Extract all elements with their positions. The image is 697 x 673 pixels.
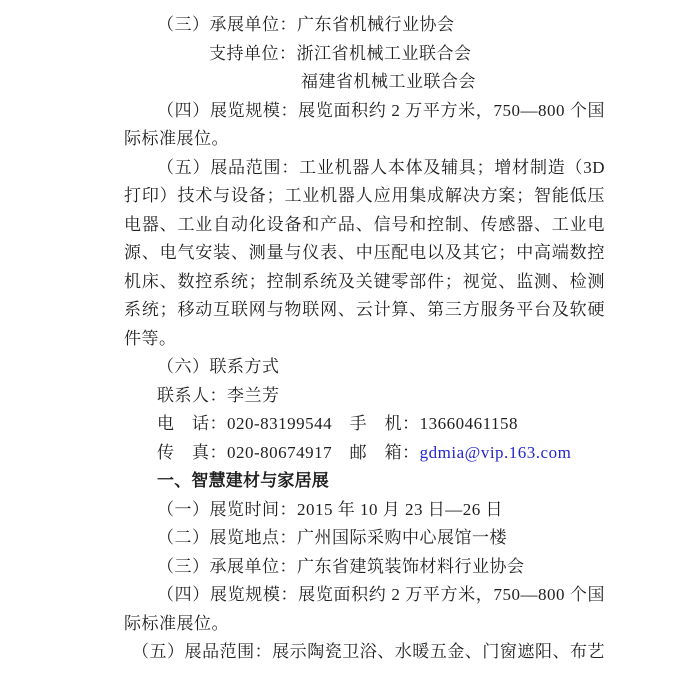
document-line: 支持单位：浙江省机械工业联合会: [124, 40, 605, 69]
document-line: 电 话：020-83199544 手 机：13660461158: [124, 410, 605, 439]
line-text: （六）联系方式: [157, 357, 280, 376]
document-line: （三）承展单位：广东省建筑装饰材料行业协会: [124, 553, 605, 582]
section-heading: 一、智慧建材与家居展: [124, 467, 605, 496]
document-line: （三）承展单位：广东省机械行业协会: [124, 11, 605, 40]
document-line: 系统；移动互联网与物联网、云计算、第三方服务平台及软硬: [124, 296, 605, 325]
line-text: （四）展览规模：展览面积约 2 万平方米，750—800 个国: [157, 585, 605, 604]
document-line: （四）展览规模：展览面积约 2 万平方米，750—800 个国: [124, 581, 605, 610]
line-text: （五）展品范围：工业机器人本体及辅具；增材制造（3D: [157, 158, 605, 177]
document-line: （二）展览地点：广州国际采购中心展馆一楼: [124, 524, 605, 553]
line-text: 际标准展位。: [124, 129, 229, 148]
line-text: 机床、数控系统；控制系统及关键零部件；视觉、监测、检测: [124, 272, 605, 291]
line-text: （三）承展单位：广东省建筑装饰材料行业协会: [157, 557, 525, 576]
line-text: 件等。: [124, 329, 177, 348]
document-line: 际标准展位。: [124, 125, 605, 154]
line-text: 电 话：020-83199544 手 机：13660461158: [157, 414, 518, 433]
document-line: （一）展览时间：2015 年 10 月 23 日—26 日: [124, 496, 605, 525]
line-text: （四）展览规模：展览面积约 2 万平方米，750—800 个国: [157, 101, 605, 120]
line-text: 福建省机械工业联合会: [301, 72, 476, 91]
line-text: 一、智慧建材与家居展: [157, 471, 329, 490]
line-text: 打印）技术与设备；工业机器人应用集成解决方案；智能低压: [124, 186, 605, 205]
email-link[interactable]: gdmia@vip.163.com: [420, 443, 572, 462]
line-text: 联系人：李兰芳: [157, 386, 280, 405]
document-line: （五）展品范围：工业机器人本体及辅具；增材制造（3D: [124, 154, 605, 183]
document-line: 机床、数控系统；控制系统及关键零部件；视觉、监测、检测: [124, 268, 605, 297]
document-line: 源、电气安装、测量与仪表、中压配电以及其它；中高端数控: [124, 239, 605, 268]
line-text: （五）展品范围：展示陶瓷卫浴、水暖五金、门窗遮阳、布艺: [132, 642, 605, 661]
document-page: （三）承展单位：广东省机械行业协会支持单位：浙江省机械工业联合会福建省机械工业联…: [0, 0, 697, 673]
line-text: 系统；移动互联网与物联网、云计算、第三方服务平台及软硬: [124, 300, 605, 319]
document-line: 件等。: [124, 325, 605, 354]
line-text: 电器、工业自动化设备和产品、信号和控制、传感器、工业电: [124, 215, 605, 234]
document-line: （六）联系方式: [124, 353, 605, 382]
line-text: 支持单位：浙江省机械工业联合会: [209, 44, 472, 63]
document-line: 传 真：020-80674917 邮 箱：gdmia@vip.163.com: [124, 439, 605, 468]
line-text: 源、电气安装、测量与仪表、中压配电以及其它；中高端数控: [124, 243, 605, 262]
document-line: 际标准展位。: [124, 610, 605, 639]
document-line: 打印）技术与设备；工业机器人应用集成解决方案；智能低压: [124, 182, 605, 211]
line-text: 际标准展位。: [124, 614, 229, 633]
document-line: 联系人：李兰芳: [124, 382, 605, 411]
document-line: 福建省机械工业联合会: [124, 68, 605, 97]
document-line: （四）展览规模：展览面积约 2 万平方米，750—800 个国: [124, 97, 605, 126]
document-line: 电器、工业自动化设备和产品、信号和控制、传感器、工业电: [124, 211, 605, 240]
line-text: （三）承展单位：广东省机械行业协会: [157, 15, 455, 34]
line-text: 传 真：020-80674917 邮 箱：: [157, 443, 420, 462]
document-line: （五）展品范围：展示陶瓷卫浴、水暖五金、门窗遮阳、布艺: [124, 638, 605, 667]
line-text: （二）展览地点：广州国际采购中心展馆一楼: [157, 528, 507, 547]
line-text: （一）展览时间：2015 年 10 月 23 日—26 日: [157, 500, 503, 519]
